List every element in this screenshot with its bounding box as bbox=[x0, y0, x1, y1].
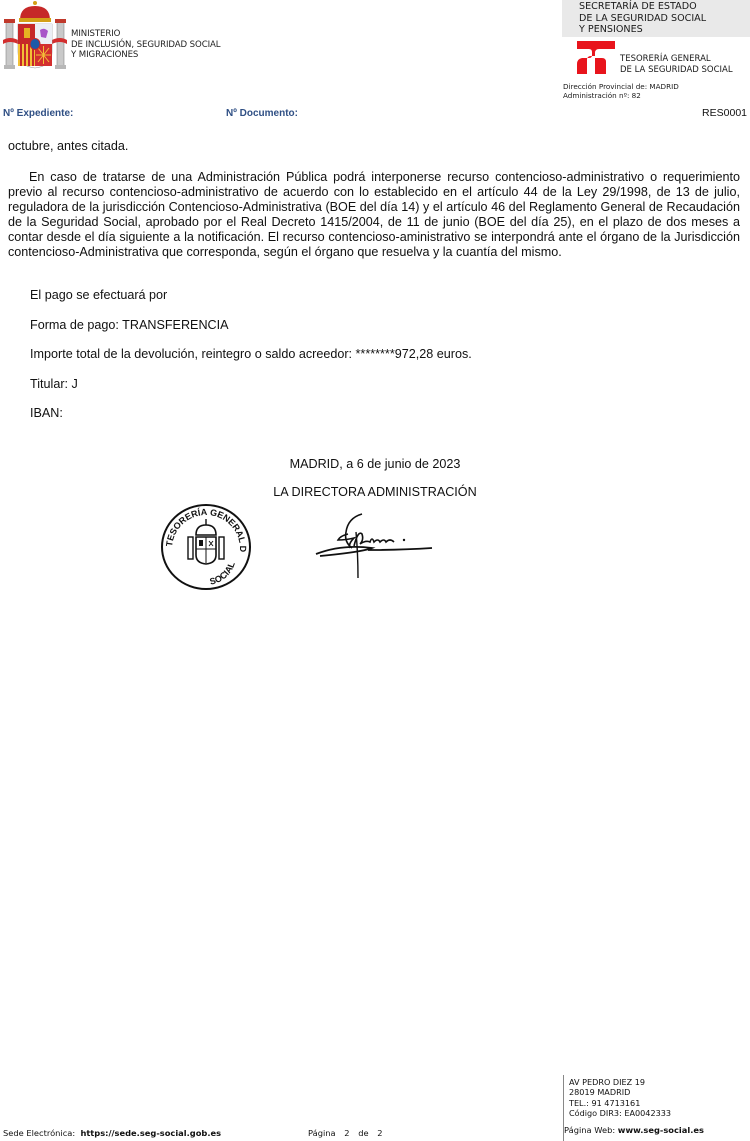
spain-coat-of-arms-icon bbox=[2, 0, 68, 74]
pago-text: El pago se efectuará por bbox=[30, 288, 167, 303]
office-address: AV PEDRO DIEZ 19 28019 MADRID TEL.: 91 4… bbox=[569, 1077, 671, 1118]
direccion-provincial: Dirección Provincial de: MADRID bbox=[563, 82, 679, 91]
address-line: AV PEDRO DIEZ 19 bbox=[569, 1077, 671, 1087]
secretaria-name: SECRETARÍA DE ESTADO DE LA SEGURIDAD SOC… bbox=[579, 1, 706, 36]
ministry-line: Y MIGRACIONES bbox=[71, 50, 221, 61]
documento-label: Nº Documento: bbox=[226, 108, 298, 119]
dir3-code-line: Código DIR3: EA0042333 bbox=[569, 1108, 671, 1118]
continuation-text: octubre, antes citada. bbox=[8, 139, 128, 154]
tgss-logo-icon bbox=[576, 40, 616, 74]
tgss-line: TESORERÍA GENERAL bbox=[620, 54, 733, 65]
secretaria-line: SECRETARÍA DE ESTADO bbox=[579, 1, 706, 13]
administracion-number: Administración nº: 82 bbox=[563, 91, 679, 100]
ministry-line: MINISTERIO bbox=[71, 29, 221, 40]
forma-pago: Forma de pago: TRANSFERENCIA bbox=[30, 318, 229, 333]
web-link[interactable]: www.seg-social.es bbox=[618, 1125, 704, 1135]
svg-text:TESORERÍA GENERAL DE LA SEGURI: TESORERÍA GENERAL DE LA SEGURIDAD bbox=[160, 503, 248, 553]
secretaria-line: DE LA SEGURIDAD SOCIAL bbox=[579, 13, 706, 25]
titular: Titular: J bbox=[30, 377, 78, 392]
sede-label: Sede Electrónica: bbox=[3, 1128, 75, 1138]
handwritten-signature-icon bbox=[312, 508, 438, 584]
web-page-line: Página Web: www.seg-social.es bbox=[564, 1125, 704, 1135]
web-label: Página Web: bbox=[564, 1125, 615, 1135]
signer-title: LA DIRECTORA ADMINISTRACIÓN bbox=[0, 485, 750, 500]
tgss-line: DE LA SEGURIDAD SOCIAL bbox=[620, 65, 733, 76]
phone-line: TEL.: 91 4713161 bbox=[569, 1098, 671, 1108]
page-current: 2 bbox=[344, 1128, 349, 1138]
sede-electronica-line: Sede Electrónica: https://sede.seg-socia… bbox=[3, 1128, 221, 1138]
sede-link[interactable]: https://sede.seg-social.gob.es bbox=[80, 1128, 221, 1138]
address-line: 28019 MADRID bbox=[569, 1087, 671, 1097]
secretaria-line: Y PENSIONES bbox=[579, 24, 706, 36]
expediente-label: Nº Expediente: bbox=[3, 108, 73, 119]
importe-total: Importe total de la devolución, reintegr… bbox=[30, 347, 472, 362]
ministry-name: MINISTERIO DE INCLUSIÓN, SEGURIDAD SOCIA… bbox=[71, 29, 221, 61]
svg-text:SOCIAL: SOCIAL bbox=[209, 560, 237, 587]
iban: IBAN: bbox=[30, 406, 63, 421]
official-seal-icon: TESORERÍA GENERAL DE LA SEGURIDAD SOCIAL bbox=[160, 503, 252, 591]
page-label: Página bbox=[308, 1128, 336, 1138]
recurso-paragraph: En caso de tratarse de una Administració… bbox=[8, 170, 740, 260]
place-date: MADRID, a 6 de junio de 2023 bbox=[0, 457, 750, 472]
page-number: Página 2 de 2 bbox=[308, 1128, 383, 1138]
tgss-name: TESORERÍA GENERAL DE LA SEGURIDAD SOCIAL bbox=[620, 54, 733, 75]
ministry-line: DE INCLUSIÓN, SEGURIDAD SOCIAL bbox=[71, 40, 221, 51]
office-info: Dirección Provincial de: MADRID Administ… bbox=[563, 82, 679, 100]
page-of: de bbox=[358, 1128, 368, 1138]
page-total: 2 bbox=[377, 1128, 382, 1138]
resolution-code: RES0001 bbox=[702, 107, 747, 119]
